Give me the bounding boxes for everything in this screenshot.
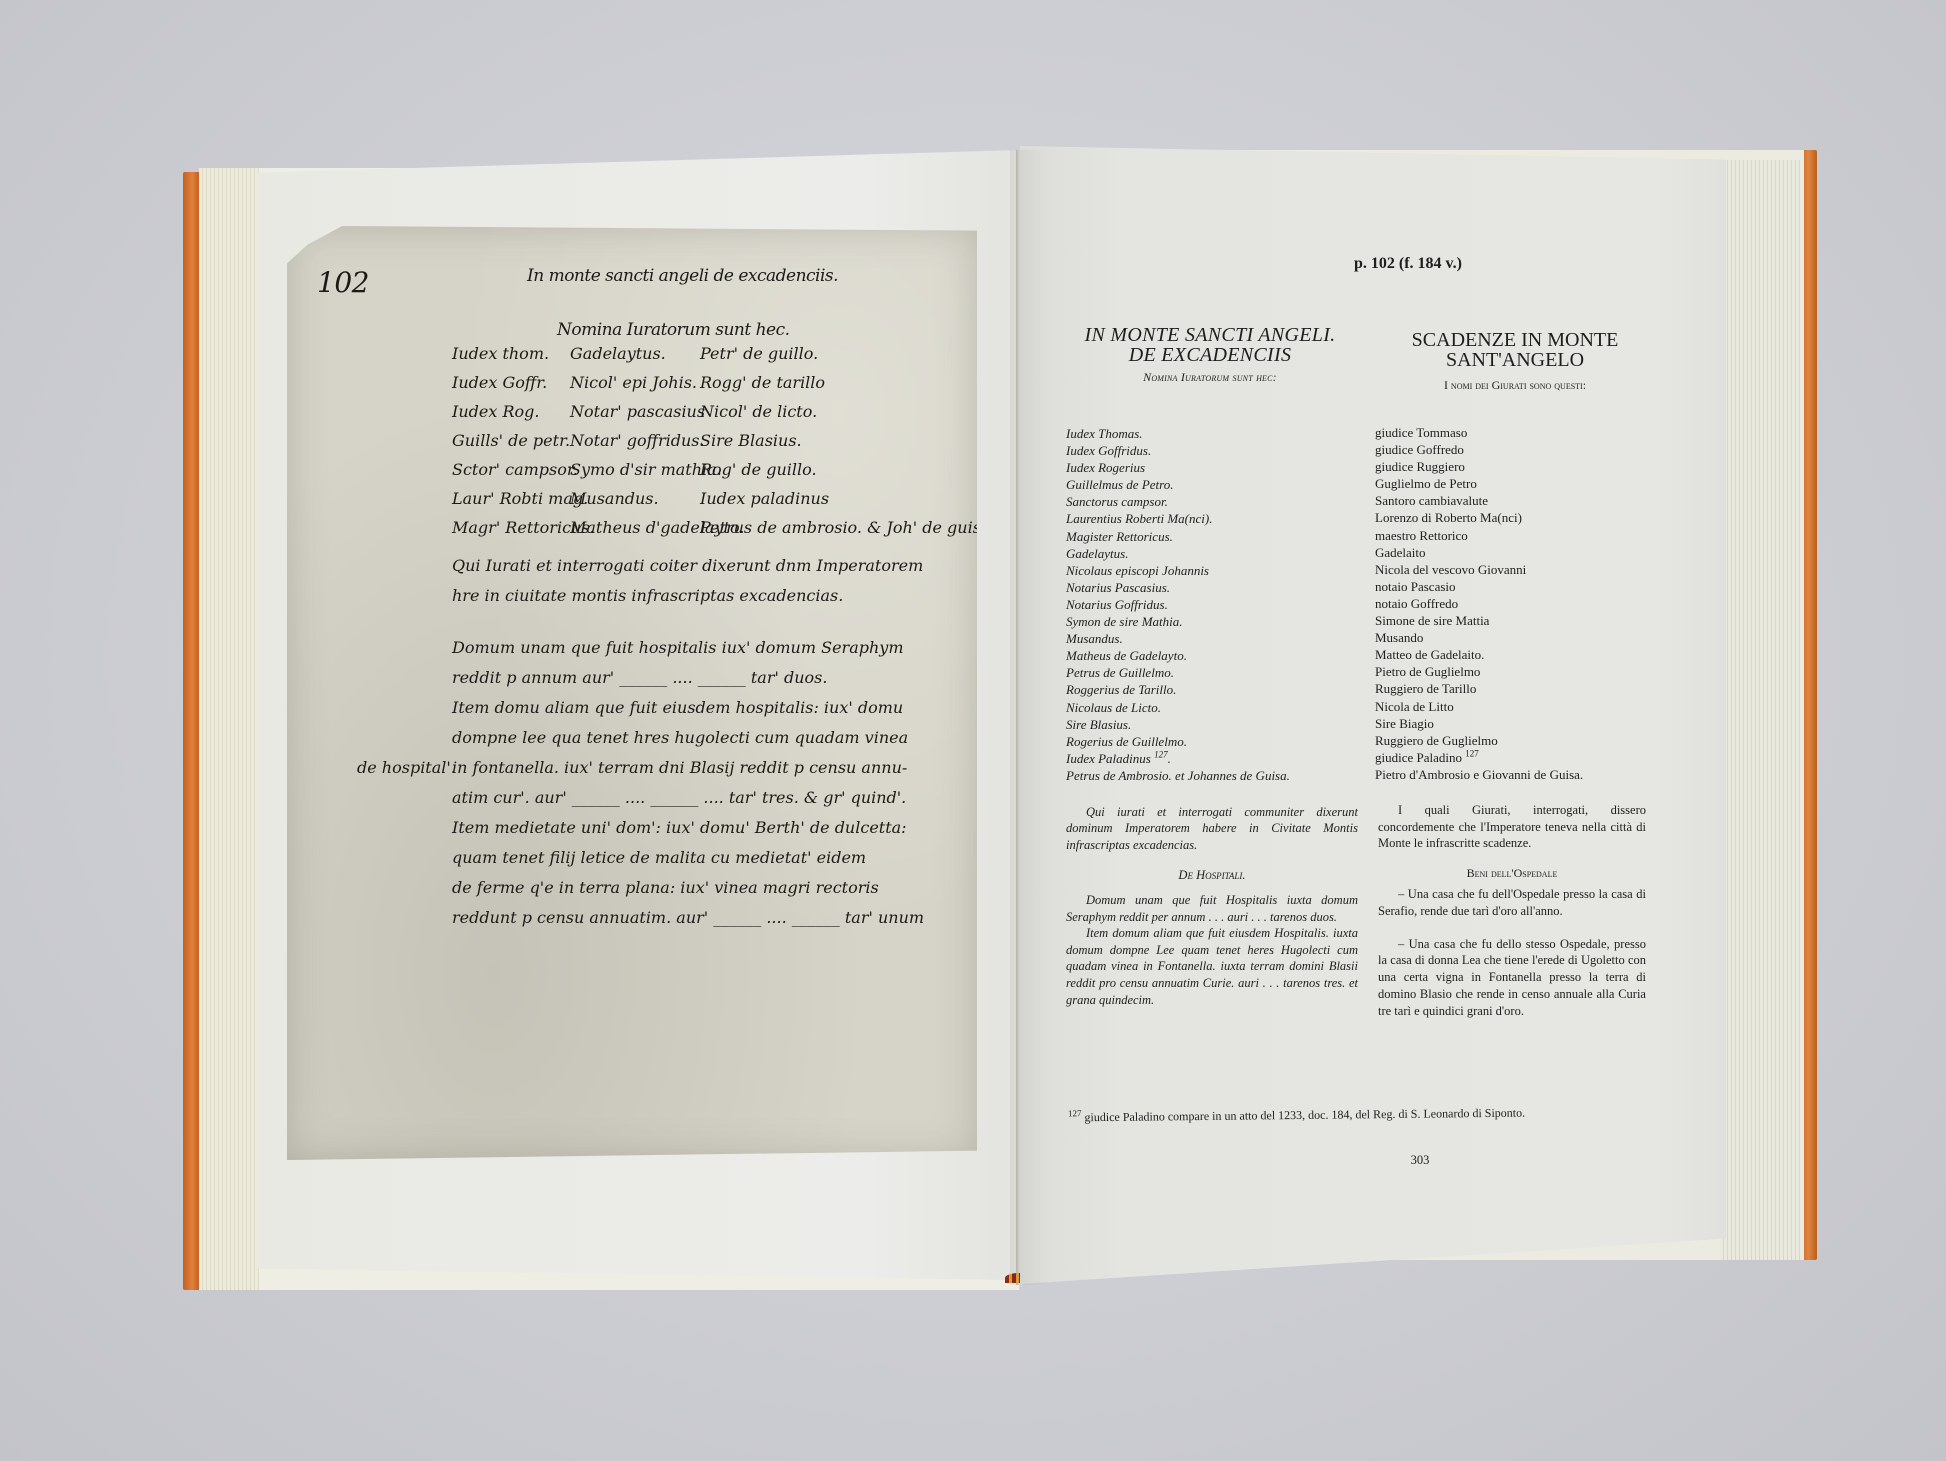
list-item: Symon de sire Mathia.: [1066, 613, 1290, 630]
manuscript-body-line: Item medietate uni' dom': iux' domu' Ber…: [452, 818, 924, 848]
list-item: Roggerius de Tarillo.: [1066, 681, 1290, 698]
list-item: Simone de sire Mattia: [1375, 612, 1583, 629]
manuscript-name: Iudex thom.: [452, 344, 570, 373]
list-item: Pietro de Guglielmo: [1375, 663, 1583, 680]
list-item: Guglielmo de Petro: [1375, 475, 1583, 492]
list-item: Iudex Goffridus.: [1066, 442, 1290, 459]
manuscript-name: Guills' de petr.: [452, 431, 570, 460]
list-item: Rogerius de Guillelmo.: [1066, 733, 1290, 750]
manuscript-intro-line: hre in ciuitate montis infrascriptas exc…: [452, 586, 924, 616]
list-item: Sanctorus campsor.: [1066, 493, 1290, 510]
punctuation: .: [1168, 751, 1171, 766]
name-text: giudice Paladino: [1375, 750, 1462, 765]
italian-section-heading: Beni dell'Ospedale: [1378, 866, 1646, 881]
list-item: Guillelmus de Petro.: [1066, 476, 1290, 493]
italian-title-line: SCADENZE IN MONTE: [1395, 330, 1635, 350]
footnote-number: 127: [1068, 1108, 1082, 1118]
list-item: Matheus de Gadelayto.: [1066, 647, 1290, 664]
manuscript-name: Gadelaytus.: [570, 344, 700, 373]
italian-title: SCADENZE IN MONTE SANT'ANGELO: [1395, 330, 1635, 370]
list-item: Santoro cambiavalute: [1375, 492, 1583, 509]
footnote-ref[interactable]: 127: [1465, 748, 1479, 758]
manuscript-name: Nicol' epi Johis.: [570, 373, 700, 402]
manuscript-body-line: dompne lee qua tenet hres hugolecti cum …: [452, 728, 924, 758]
manuscript-name-row: Laur' Robti mag. Musandus. Iudex paladin…: [452, 489, 996, 518]
list-item: Nicolaus de Licto.: [1066, 699, 1290, 716]
manuscript-name: Iudex paladinus: [700, 489, 829, 518]
list-item: Sire Blasius.: [1066, 716, 1290, 733]
list-item: Musandus.: [1066, 630, 1290, 647]
latin-names-list: Iudex Thomas. Iudex Goffridus. Iudex Rog…: [1066, 425, 1290, 784]
list-item: giudice Paladino 127: [1375, 749, 1583, 766]
manuscript-name: Notar' pascasius: [570, 402, 700, 431]
manuscript-name-row: Iudex thom. Gadelaytus. Petr' de guillo.: [452, 344, 996, 373]
list-item: Nicola de Litto: [1375, 698, 1583, 715]
manuscript-name: Iudex Rog.: [452, 402, 570, 431]
list-item: Notarius Goffridus.: [1066, 596, 1290, 613]
manuscript-name: Symo d'sir mathia.: [570, 460, 700, 489]
list-item: Matteo de Gadelaito.: [1375, 646, 1583, 663]
manuscript-body-line: Item domu aliam que fuit eiusdem hospita…: [452, 698, 924, 728]
italian-title-line: SANT'ANGELO: [1395, 350, 1635, 370]
list-item: Ruggiero de Tarillo: [1375, 680, 1583, 697]
italian-entry: – Una casa che fu dello stesso Ospedale,…: [1378, 936, 1646, 1020]
latin-title-line: IN MONTE SANCTI ANGELI.: [1060, 325, 1360, 345]
list-item: Pietro d'Ambrosio e Giovanni de Guisa.: [1375, 766, 1583, 783]
left-page-edges: [199, 168, 259, 1290]
manuscript-name-row: Magr' Rettoricus. Matheus d'gadelayto. P…: [452, 518, 996, 547]
manuscript-name: Petr' de guillo.: [700, 344, 818, 373]
manuscript-intro-line: Qui Iurati et interrogati coiter dixerun…: [452, 556, 924, 586]
manuscript-body: Qui Iurati et interrogati coiter dixerun…: [452, 556, 924, 938]
manuscript-folio-number: 102: [317, 266, 369, 299]
italian-entries: – Una casa che fu dell'Ospedale presso l…: [1378, 886, 1646, 1036]
manuscript-name: Sire Blasius.: [700, 431, 802, 460]
manuscript-body-line: reddit p annum aur' ______ .... ______ t…: [452, 668, 924, 698]
manuscript-body-line: Domum unam que fuit hospitalis iux' domu…: [452, 638, 924, 668]
latin-section-heading: De Hospitali.: [1066, 868, 1358, 883]
manuscript-name-row: Iudex Rog. Notar' pascasius Nicol' de li…: [452, 402, 996, 431]
list-item: Gadelaytus.: [1066, 545, 1290, 562]
manuscript-name-grid: Iudex thom. Gadelaytus. Petr' de guillo.…: [452, 344, 996, 547]
manuscript-name: Magr' Rettoricus.: [452, 518, 570, 547]
manuscript-name-row: Sctor' campsor. Symo d'sir mathia. Rog' …: [452, 460, 996, 489]
folio-reference: p. 102 (f. 184 v.): [1328, 255, 1488, 273]
list-item: giudice Ruggiero: [1375, 458, 1583, 475]
manuscript-name: Musandus.: [570, 489, 700, 518]
manuscript-plate: 102 In monte sancti angeli de excadencii…: [287, 226, 977, 1160]
list-item: Musando: [1375, 629, 1583, 646]
latin-entry: Domum unam que fuit Hospitalis iuxta dom…: [1066, 892, 1358, 925]
list-item: Iudex Rogerius: [1066, 459, 1290, 476]
latin-entry: Item domum aliam que fuit eiusdem Hospit…: [1066, 925, 1358, 1008]
list-item: Petrus de Ambrosio. et Johannes de Guisa…: [1066, 767, 1290, 784]
manuscript-heading: In monte sancti angeli de excadenciis.: [527, 266, 838, 286]
manuscript-margin-note: de hospital'.: [357, 758, 456, 777]
list-item: Iudex Thomas.: [1066, 425, 1290, 442]
italian-names-list: giudice Tommaso giudice Goffredo giudice…: [1375, 424, 1583, 783]
list-item: Magister Rettoricus.: [1066, 528, 1290, 545]
italian-subtitle: I nomi dei Giurati sono questi:: [1380, 378, 1650, 393]
manuscript-name-row: Guills' de petr. Notar' goffridus. Sire …: [452, 431, 996, 460]
list-item: Petrus de Guillelmo.: [1066, 664, 1290, 681]
manuscript-body-line: reddunt p censu annuatim. aur' ______ ..…: [452, 908, 924, 938]
manuscript-body-line: in fontanella. iux' terram dni Blasij re…: [452, 758, 924, 788]
italian-entry: – Una casa che fu dell'Ospedale presso l…: [1378, 886, 1646, 920]
list-item: Nicola del vescovo Giovanni: [1375, 561, 1583, 578]
manuscript-body-line: quam tenet filij letice de malita cu med…: [452, 848, 924, 878]
list-item: Lorenzo di Roberto Ma(nci): [1375, 509, 1583, 526]
list-item: Gadelaito: [1375, 544, 1583, 561]
latin-intro-paragraph: Qui iurati et interrogati communiter dix…: [1066, 804, 1358, 853]
list-item: Ruggiero de Guglielmo: [1375, 732, 1583, 749]
list-item: Iudex Paladinus 127.: [1066, 750, 1290, 767]
manuscript-subheading: Nomina Iuratorum sunt hec.: [557, 320, 790, 340]
manuscript-name: Nicol' de licto.: [700, 402, 817, 431]
italian-intro-paragraph: I quali Giurati, interrogati, dissero co…: [1378, 802, 1646, 852]
latin-subtitle: Nomina Iuratorum sunt hec:: [1060, 370, 1360, 385]
manuscript-name: Matheus d'gadelayto.: [570, 518, 700, 547]
manuscript-name: Sctor' campsor.: [452, 460, 570, 489]
manuscript-body-line: de ferme q'e in terra plana: iux' vinea …: [452, 878, 924, 908]
name-text: Iudex Paladinus: [1066, 751, 1151, 766]
manuscript-body-line: atim cur'. aur' ______ .... ______ .... …: [452, 788, 924, 818]
manuscript-name: Rog' de guillo.: [700, 460, 817, 489]
latin-entries: Domum unam que fuit Hospitalis iuxta dom…: [1066, 892, 1358, 1008]
manuscript-name: Notar' goffridus.: [570, 431, 700, 460]
manuscript-name: Petrus de ambrosio. & Joh' de guisa.: [700, 518, 996, 547]
list-item: Nicolaus episcopi Johannis: [1066, 562, 1290, 579]
list-item: giudice Goffredo: [1375, 441, 1583, 458]
right-page-edges: [1720, 160, 1800, 1260]
list-item: Laurentius Roberti Ma(nci).: [1066, 510, 1290, 527]
latin-title-line: DE EXCADENCIIS: [1060, 345, 1360, 365]
list-item: Sire Biagio: [1375, 715, 1583, 732]
list-item: giudice Tommaso: [1375, 424, 1583, 441]
manuscript-name: Iudex Goffr.: [452, 373, 570, 402]
manuscript-name-row: Iudex Goffr. Nicol' epi Johis. Rogg' de …: [452, 373, 996, 402]
list-item: notaio Goffredo: [1375, 595, 1583, 612]
latin-title: IN MONTE SANCTI ANGELI. DE EXCADENCIIS: [1060, 325, 1360, 365]
list-item: notaio Pascasio: [1375, 578, 1583, 595]
footnote-ref[interactable]: 127: [1154, 749, 1168, 759]
manuscript-name: Rogg' de tarillo: [700, 373, 825, 402]
page-number: 303: [1390, 1153, 1450, 1168]
manuscript-name: Laur' Robti mag.: [452, 489, 570, 518]
list-item: maestro Rettorico: [1375, 527, 1583, 544]
list-item: Notarius Pascasius.: [1066, 579, 1290, 596]
